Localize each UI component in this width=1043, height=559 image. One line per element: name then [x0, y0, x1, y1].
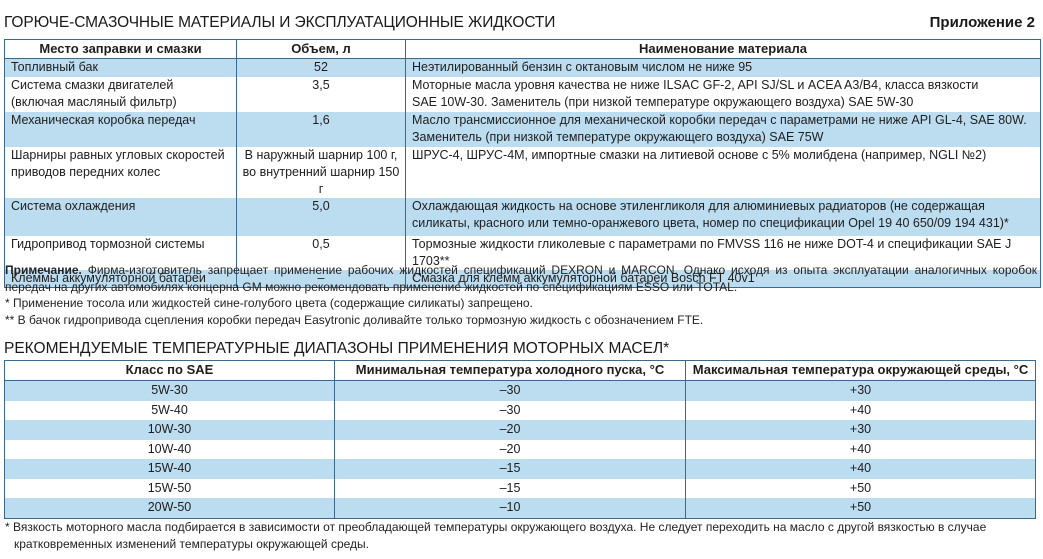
fluids-table: Место заправки и смазки Объем, л Наимено…: [4, 39, 1041, 288]
table-row: Система смазки двигателей (включая масля…: [5, 77, 1041, 112]
cell-volume: В наружный шарнир 100 г, во внутренний ш…: [237, 147, 406, 198]
cell-volume: 52: [237, 59, 406, 77]
table-row: Шарниры равных угловых скоростей приводо…: [5, 147, 1041, 198]
cell-place: Шарниры равных угловых скоростей приводо…: [5, 147, 237, 198]
cell-material: Охлаждающая жидкость на основе этиленгли…: [406, 198, 1041, 236]
footnote-2: ** В бачок гидропривода сцепления коробк…: [5, 312, 1037, 329]
cell-min-temp: –20: [335, 440, 686, 460]
oil-temperature-table: Класс по SAE Минимальная температура хол…: [4, 360, 1036, 519]
table-row: Топливный бак52Неэтилированный бензин с …: [5, 59, 1041, 77]
cell-sae-class: 15W-40: [5, 459, 335, 479]
header-volume: Объем, л: [237, 40, 406, 59]
cell-sae-class: 20W-50: [5, 498, 335, 518]
table-header-row: Место заправки и смазки Объем, л Наимено…: [5, 40, 1041, 59]
oil-footnote: * Вязкость моторного масла подбирается в…: [5, 519, 1037, 553]
cell-sae-class: 5W-30: [5, 381, 335, 401]
cell-min-temp: –30: [335, 401, 686, 421]
cell-min-temp: –15: [335, 459, 686, 479]
cell-max-temp: +40: [686, 440, 1036, 460]
footnote-1: * Применение тосола или жидкостей сине-г…: [5, 295, 1037, 312]
table-row: 10W-40–20+40: [5, 440, 1036, 460]
table-row: Механическая коробка передач1,6Масло тра…: [5, 112, 1041, 147]
cell-sae-class: 10W-40: [5, 440, 335, 460]
cell-sae-class: 5W-40: [5, 401, 335, 421]
cell-max-temp: +50: [686, 479, 1036, 499]
oil-footnote-line-2: кратковременных изменений температуры ок…: [5, 536, 1037, 553]
section-title-oil-temps: РЕКОМЕНДУЕМЫЕ ТЕМПЕРАТУРНЫЕ ДИАПАЗОНЫ ПР…: [4, 340, 669, 358]
table-row: 20W-50–10+50: [5, 498, 1036, 518]
cell-max-temp: +40: [686, 401, 1036, 421]
cell-sae-class: 15W-50: [5, 479, 335, 499]
cell-material: Моторные масла уровня качества не ниже I…: [406, 77, 1041, 112]
cell-place: Топливный бак: [5, 59, 237, 77]
cell-min-temp: –20: [335, 420, 686, 440]
note-paragraph: Примечание. Фирма-изготовитель запрещает…: [5, 262, 1037, 295]
header-sae-class: Класс по SAE: [5, 361, 335, 381]
table-row: Система охлаждения5,0Охлаждающая жидкост…: [5, 198, 1041, 236]
header-max-temp: Максимальная температура окружающей сред…: [686, 361, 1036, 381]
cell-material: Неэтилированный бензин с октановым число…: [406, 59, 1041, 77]
note-text: Фирма-изготовитель запрещает применение …: [5, 263, 1037, 294]
cell-place: Система охлаждения: [5, 198, 237, 236]
table-row: 5W-30–30+30: [5, 381, 1036, 401]
oil-footnote-line-1: * Вязкость моторного масла подбирается в…: [5, 519, 1037, 536]
cell-min-temp: –10: [335, 498, 686, 518]
table-row: 5W-40–30+40: [5, 401, 1036, 421]
section-title-fluids: ГОРЮЧЕ-СМАЗОЧНЫЕ МАТЕРИАЛЫ И ЭКСПЛУАТАЦИ…: [4, 14, 555, 32]
cell-material: ШРУС-4, ШРУС-4М, импортные смазки на лит…: [406, 147, 1041, 198]
header-place: Место заправки и смазки: [5, 40, 237, 59]
header-material: Наименование материала: [406, 40, 1041, 59]
table-row: 15W-40–15+40: [5, 459, 1036, 479]
note-label: Примечание.: [5, 263, 82, 277]
cell-volume: 3,5: [237, 77, 406, 112]
cell-max-temp: +30: [686, 381, 1036, 401]
cell-min-temp: –15: [335, 479, 686, 499]
table-row: 10W-30–20+30: [5, 420, 1036, 440]
cell-volume: 5,0: [237, 198, 406, 236]
header-min-temp: Минимальная температура холодного пуска,…: [335, 361, 686, 381]
notes-block: Примечание. Фирма-изготовитель запрещает…: [5, 262, 1037, 328]
cell-place: Механическая коробка передач: [5, 112, 237, 147]
cell-sae-class: 10W-30: [5, 420, 335, 440]
table-header-row: Класс по SAE Минимальная температура хол…: [5, 361, 1036, 381]
cell-material: Масло трансмиссионное для механической к…: [406, 112, 1041, 147]
cell-max-temp: +30: [686, 420, 1036, 440]
cell-max-temp: +50: [686, 498, 1036, 518]
cell-place: Система смазки двигателей (включая масля…: [5, 77, 237, 112]
cell-max-temp: +40: [686, 459, 1036, 479]
table-row: 15W-50–15+50: [5, 479, 1036, 499]
cell-min-temp: –30: [335, 381, 686, 401]
appendix-label: Приложение 2: [930, 14, 1035, 31]
cell-volume: 1,6: [237, 112, 406, 147]
